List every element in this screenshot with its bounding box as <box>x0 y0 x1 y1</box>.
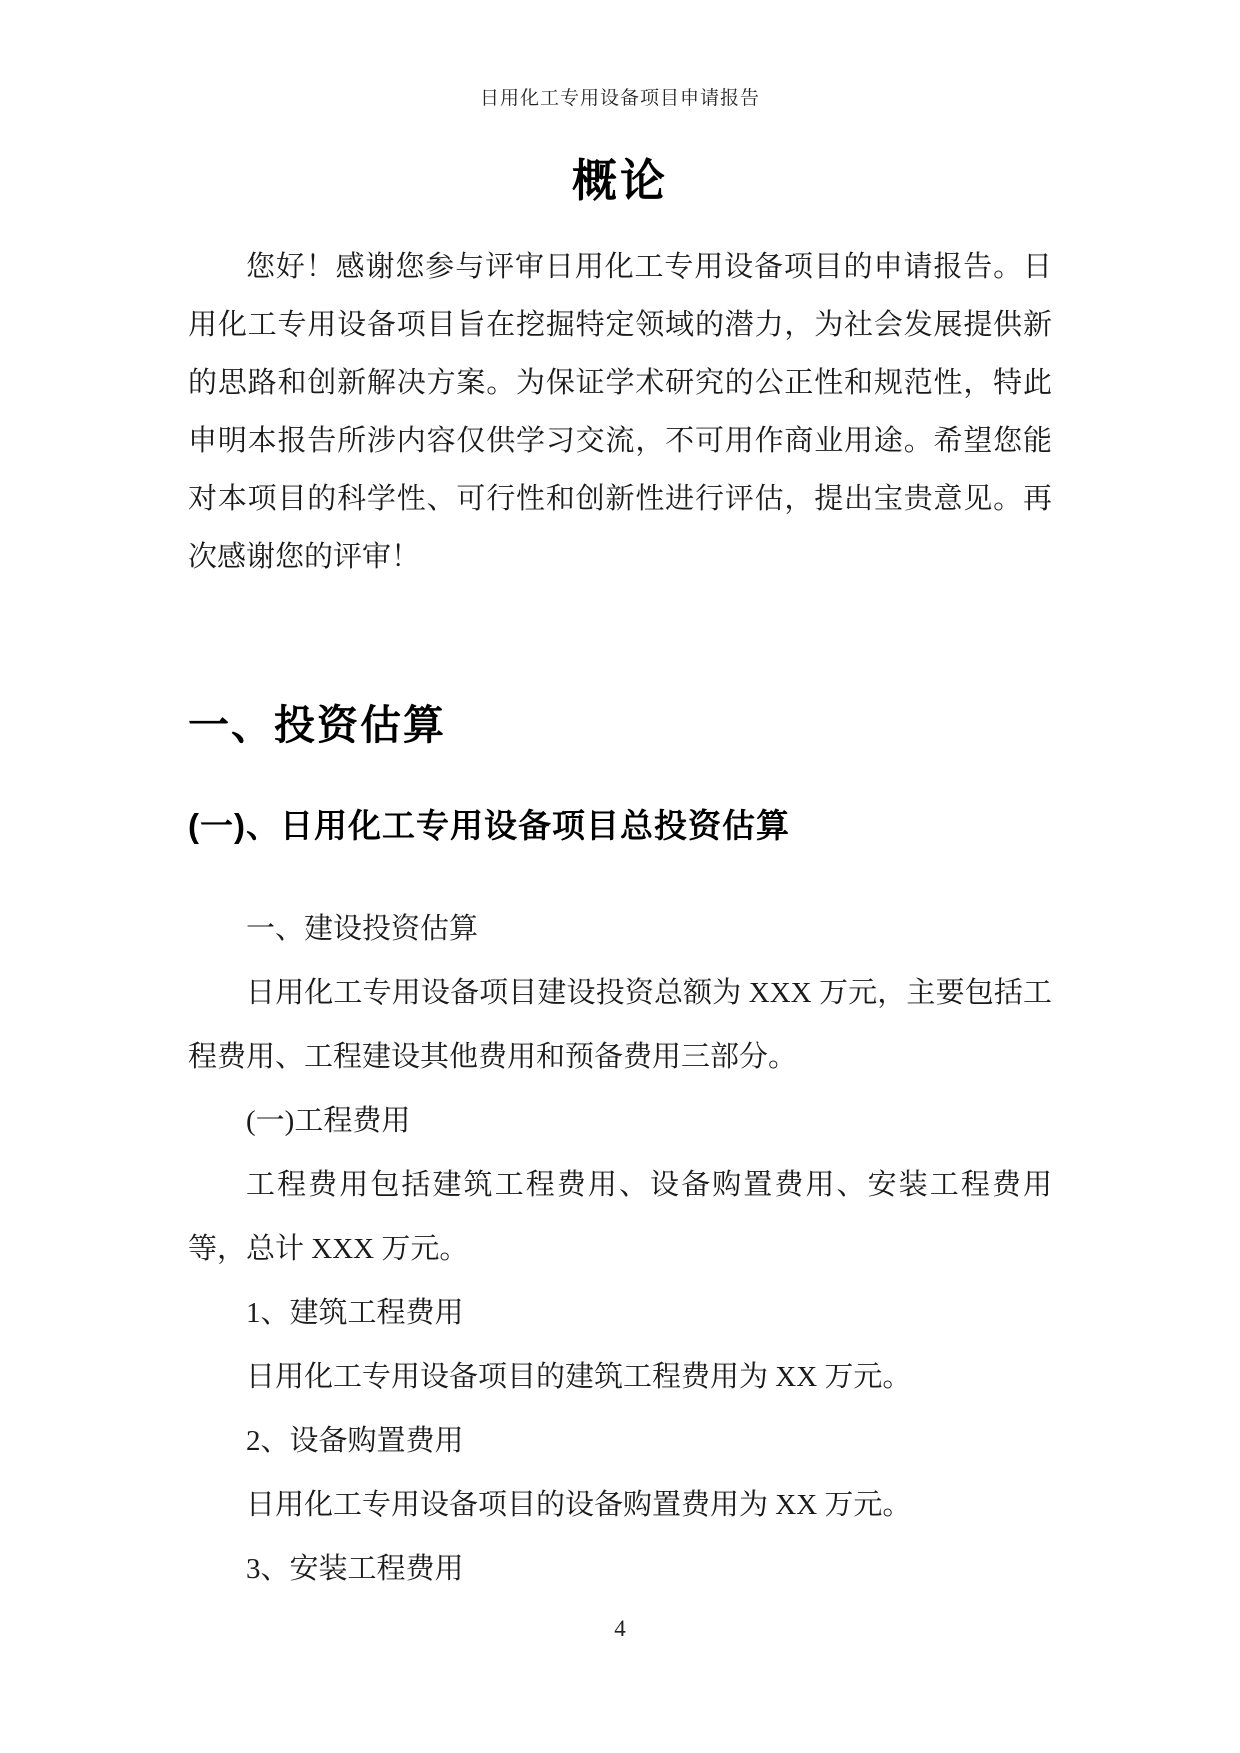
section-heading: 一、投资估算 <box>188 692 446 751</box>
body-paragraph: 工程费用包括建筑工程费用、设备购置费用、安装工程费用等，总计 XXX 万元。 <box>188 1153 1052 1281</box>
body-section: 一、建设投资估算 日用化工专用设备项目建设投资总额为 XXX 万元，主要包括工程… <box>188 897 1052 1601</box>
body-paragraph: 1、建筑工程费用 <box>188 1281 1052 1345</box>
body-paragraph: 日用化工专用设备项目的建筑工程费用为 XX 万元。 <box>188 1345 1052 1409</box>
page-header-text: 日用化工专用设备项目申请报告 <box>0 83 1240 110</box>
page-number: 4 <box>0 1616 1240 1642</box>
body-paragraph: 日用化工专用设备项目的设备购置费用为 XX 万元。 <box>188 1473 1052 1537</box>
subsection-heading: (一)、日用化工专用设备项目总投资估算 <box>188 800 790 847</box>
body-paragraph: 3、安装工程费用 <box>188 1537 1052 1601</box>
intro-paragraph: 您好！感谢您参与评审日用化工专用设备项目的申请报告。日用化工专用设备项目旨在挖掘… <box>188 238 1052 586</box>
document-title: 概论 <box>0 144 1240 209</box>
body-paragraph: 日用化工专用设备项目建设投资总额为 XXX 万元，主要包括工程费用、工程建设其他… <box>188 961 1052 1089</box>
body-paragraph: 一、建设投资估算 <box>188 897 1052 961</box>
body-paragraph: (一)工程费用 <box>188 1089 1052 1153</box>
document-page: 日用化工专用设备项目申请报告 概论 您好！感谢您参与评审日用化工专用设备项目的申… <box>0 0 1240 1753</box>
body-paragraph: 2、设备购置费用 <box>188 1409 1052 1473</box>
